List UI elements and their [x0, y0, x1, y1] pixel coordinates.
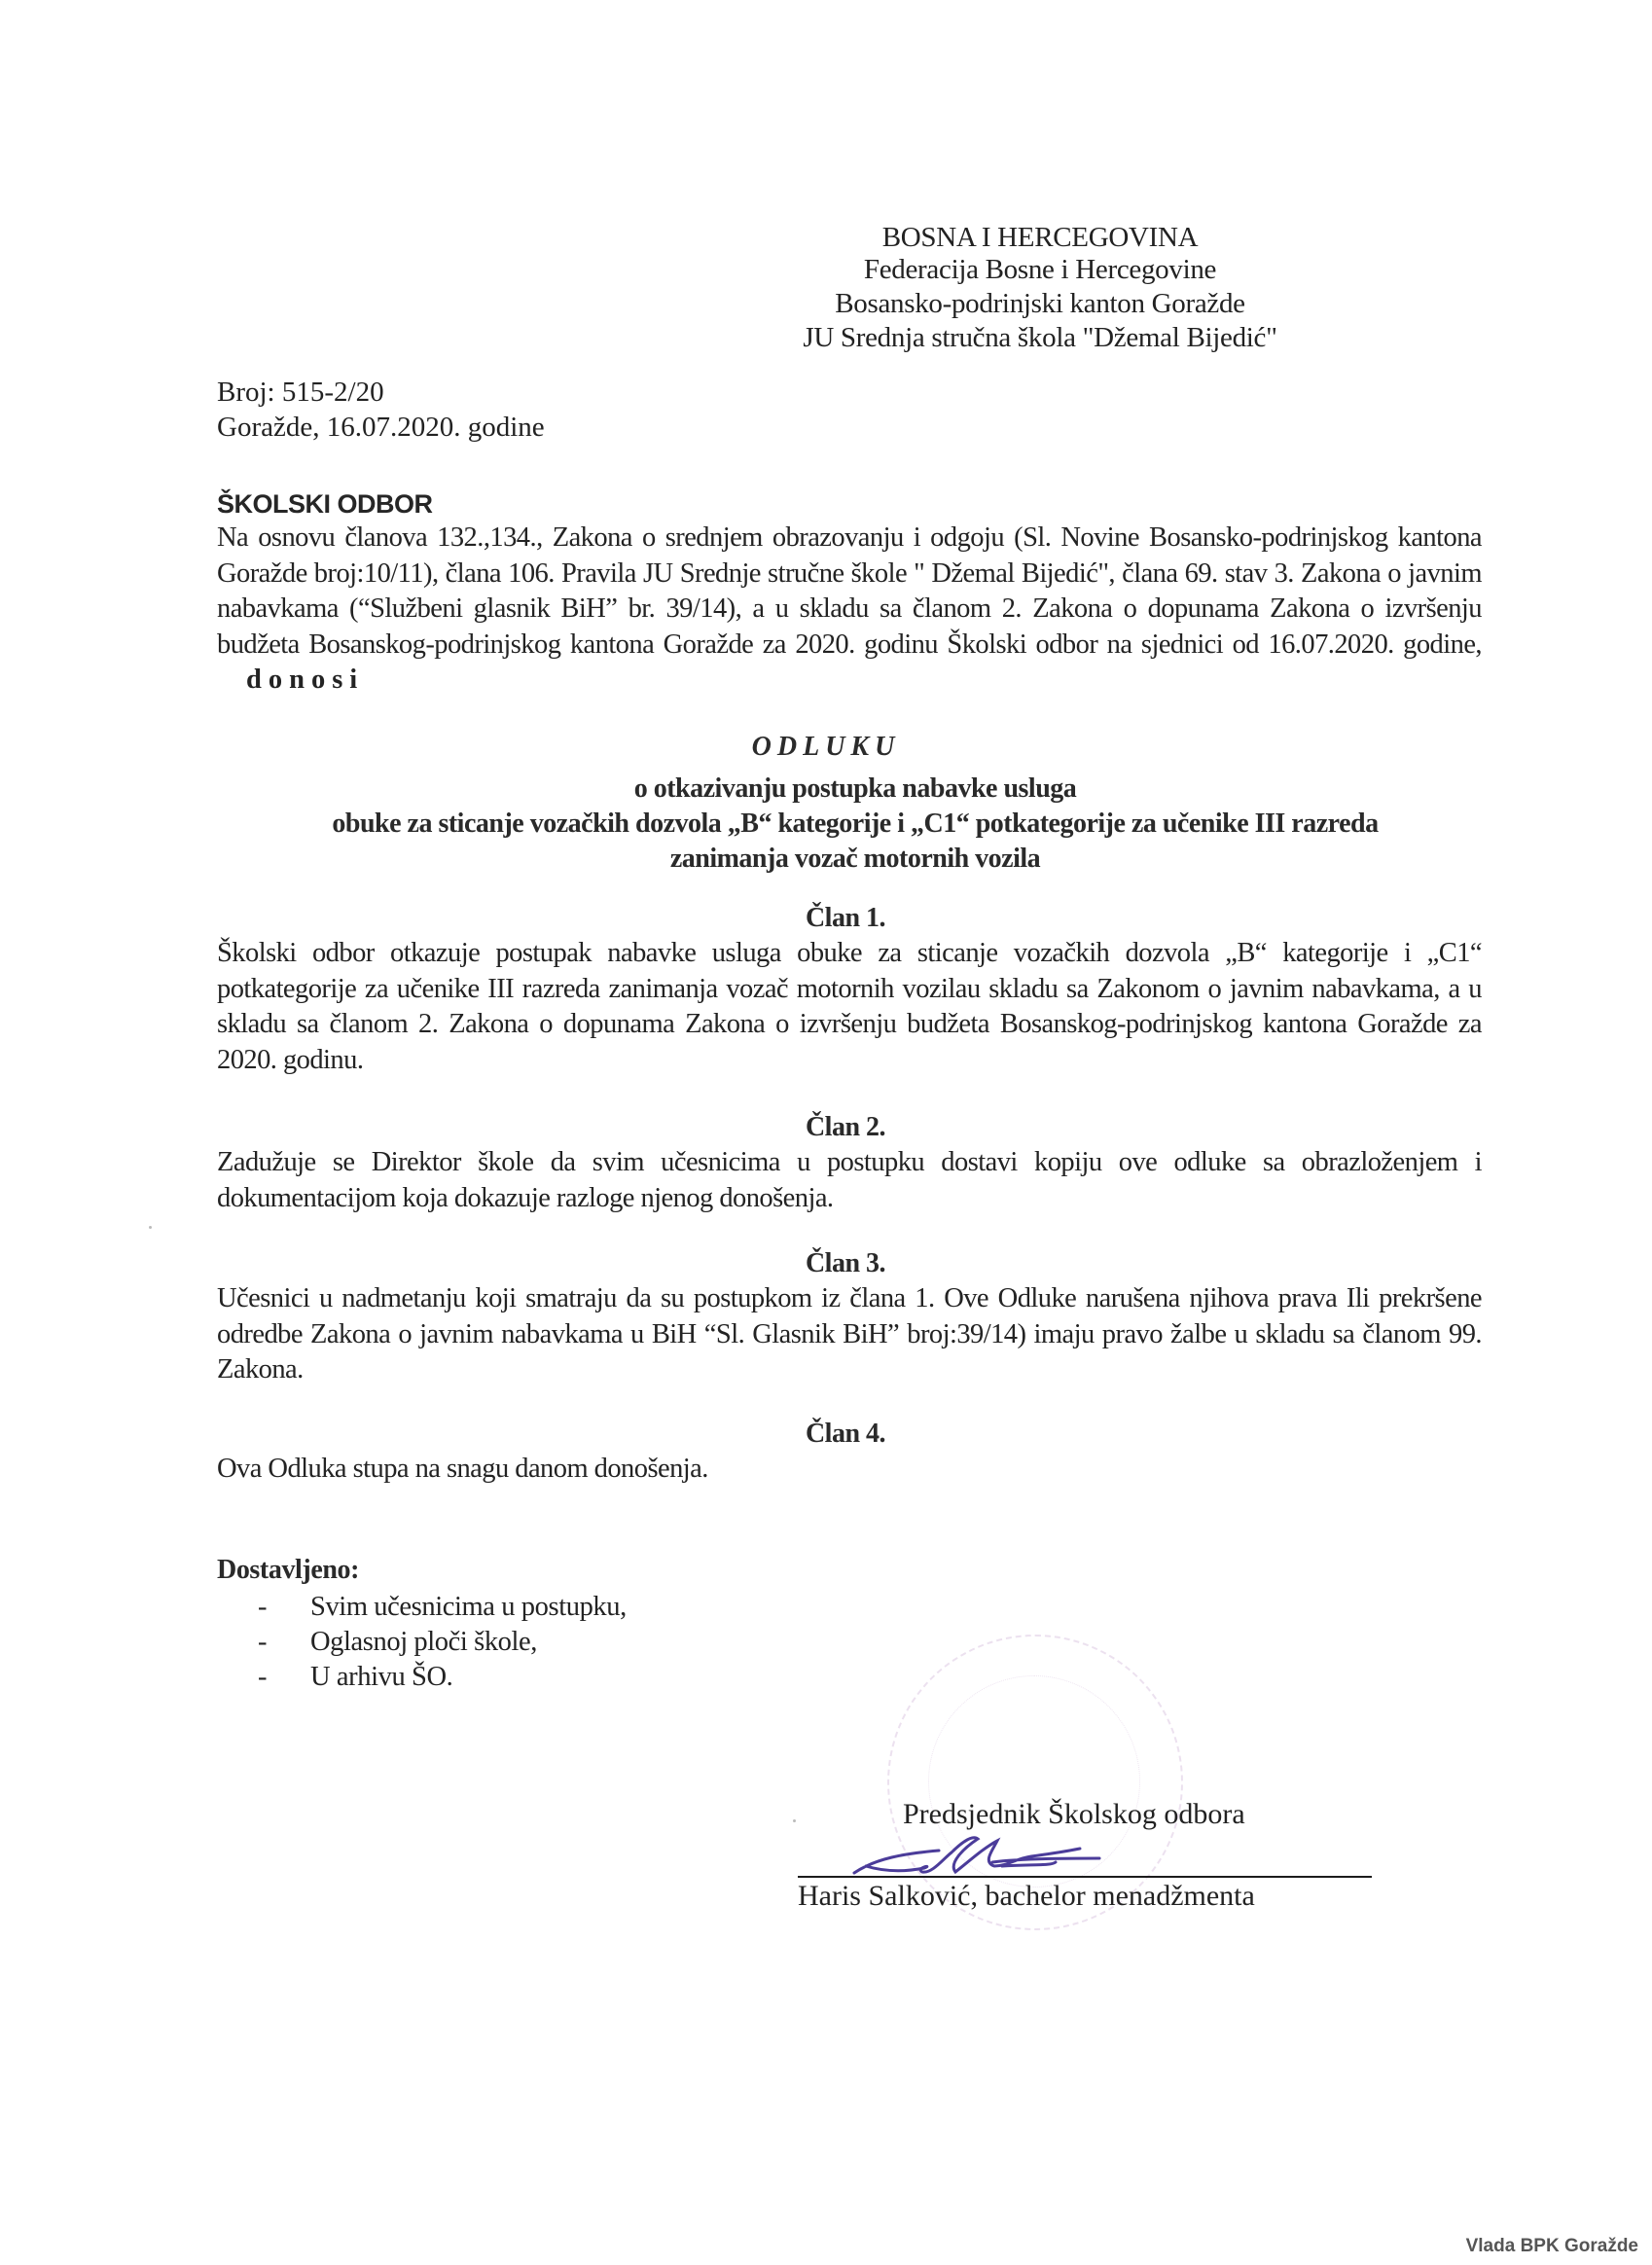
distribution-item-text: Svim učesnicima u postupku, [310, 1590, 627, 1625]
distribution-item: - U arhivu ŠO. [217, 1660, 627, 1695]
bullet-dash: - [217, 1625, 310, 1660]
article-4-text: Ova Odluka stupa na snagu danom donošenj… [217, 1452, 1482, 1488]
country-name: BOSNA I HERCEGOVINA [214, 222, 1652, 254]
distribution-title: Dostavljeno: [217, 1555, 359, 1586]
place-date: Goražde, 16.07.2020. godine [217, 410, 545, 445]
decision-title: ODLUKU [0, 732, 1652, 763]
preamble-verb: donosi [246, 665, 364, 695]
school-name: JU Srednja stručna škola "Džemal Bijedić… [214, 322, 1652, 356]
decision-subtitle-line-3: zanimanja vozač motornih vozila [29, 842, 1652, 877]
distribution-item-text: U arhivu ŠO. [310, 1660, 452, 1695]
preamble-text: Na osnovu članova 132.,134., Zakona o sr… [217, 522, 1482, 660]
decision-subtitle-line-1: o otkazivanju postupka nabavke usluga [29, 772, 1652, 807]
signature-title: Predsjednik Školskog odbora [903, 1798, 1245, 1831]
article-1-heading: Član 1. [19, 903, 1652, 934]
scan-speck [793, 1819, 796, 1822]
source-watermark: Vlada BPK Goražde [1466, 2236, 1638, 2257]
distribution-item: - Svim učesnicima u postupku, [217, 1590, 627, 1625]
bullet-dash: - [217, 1590, 310, 1625]
article-3-text: Učesnici u nadmetanju koji smatraju da s… [217, 1281, 1482, 1388]
article-2-heading: Član 2. [19, 1112, 1652, 1143]
federation-name: Federacija Bosne i Hercegovine [214, 254, 1652, 288]
scan-speck [149, 1226, 152, 1229]
preamble: Na osnovu članova 132.,134., Zakona o sr… [217, 521, 1482, 699]
decision-subtitle: o otkazivanju postupka nabavke usluga ob… [29, 772, 1652, 877]
letterhead: BOSNA I HERCEGOVINA Federacija Bosne i H… [214, 222, 1652, 356]
document-meta: Broj: 515-2/20 Goražde, 16.07.2020. godi… [217, 375, 545, 445]
signature-line [798, 1876, 1372, 1878]
distribution-item: - Oglasnoj ploči škole, [217, 1625, 627, 1660]
issuer-heading: ŠKOLSKI ODBOR [217, 489, 433, 520]
signatory-name: Haris Salković, bachelor menadžmenta [798, 1880, 1255, 1913]
article-2-text: Zadužuje se Direktor škole da svim učesn… [217, 1145, 1482, 1216]
bullet-dash: - [217, 1660, 310, 1695]
distribution-list: - Svim učesnicima u postupku, - Oglasnoj… [217, 1590, 627, 1695]
signature-scribble-icon [846, 1829, 1158, 1878]
distribution-item-text: Oglasnoj ploči škole, [310, 1625, 537, 1660]
article-1-text: Školski odbor otkazuje postupak nabavke … [217, 936, 1482, 1078]
article-4-heading: Član 4. [19, 1419, 1652, 1450]
document-number: Broj: 515-2/20 [217, 375, 545, 410]
decision-subtitle-line-2: obuke za sticanje vozačkih dozvola „B“ k… [29, 807, 1652, 842]
canton-name: Bosansko-podrinjski kanton Goražde [214, 288, 1652, 322]
article-3-heading: Član 3. [19, 1248, 1652, 1279]
